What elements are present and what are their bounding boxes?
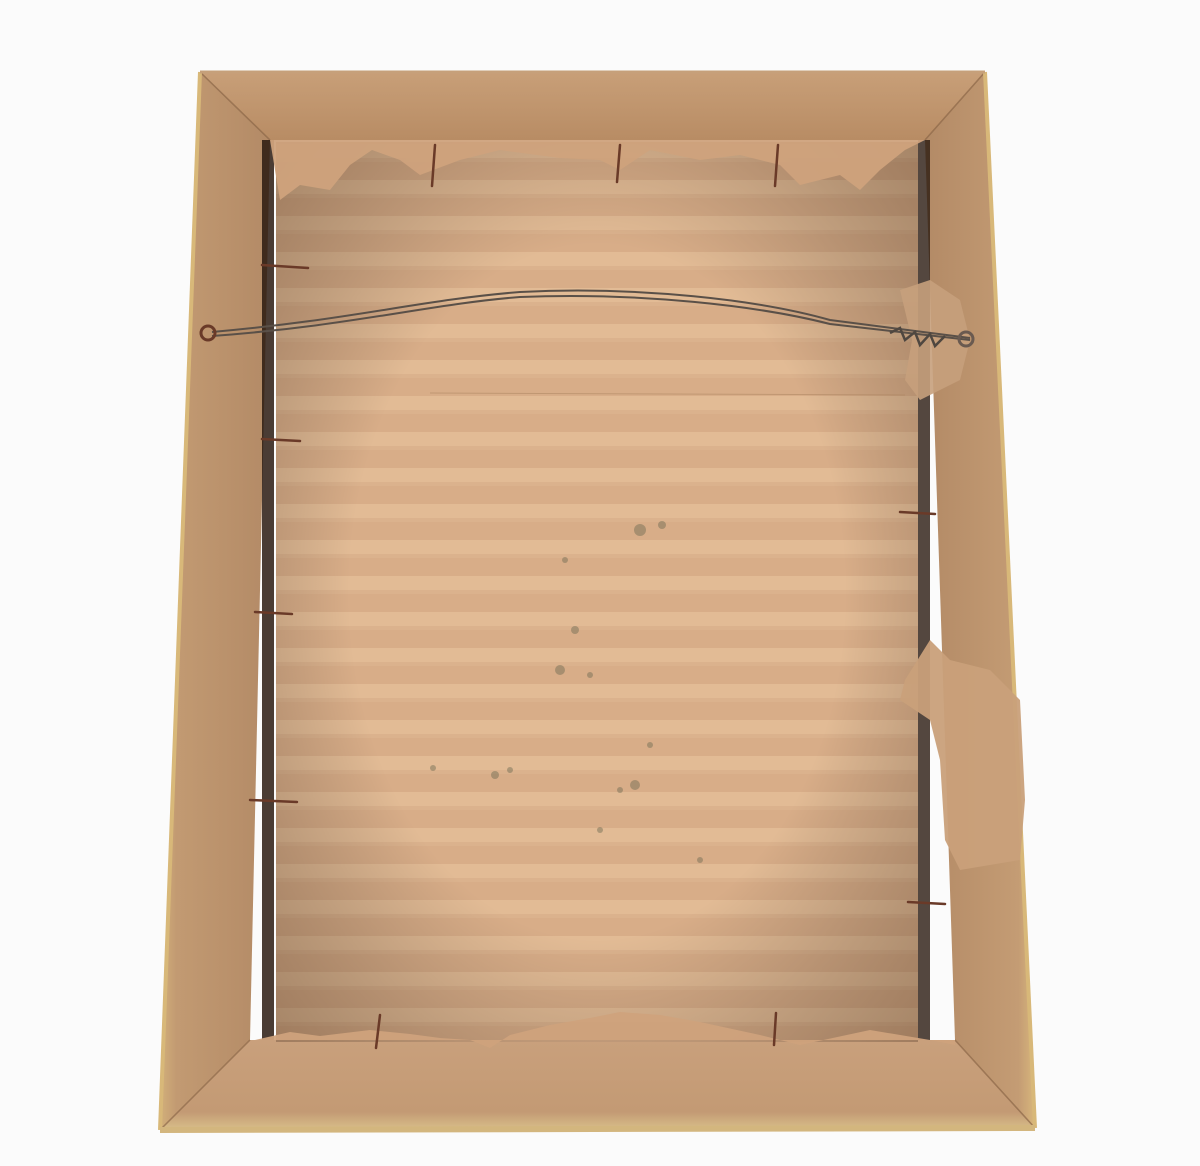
- cardboard-backing: [276, 142, 918, 1042]
- picture-frame-back: [0, 0, 1200, 1166]
- photo-scene: Back of an antique wooden picture frame: [0, 0, 1200, 1166]
